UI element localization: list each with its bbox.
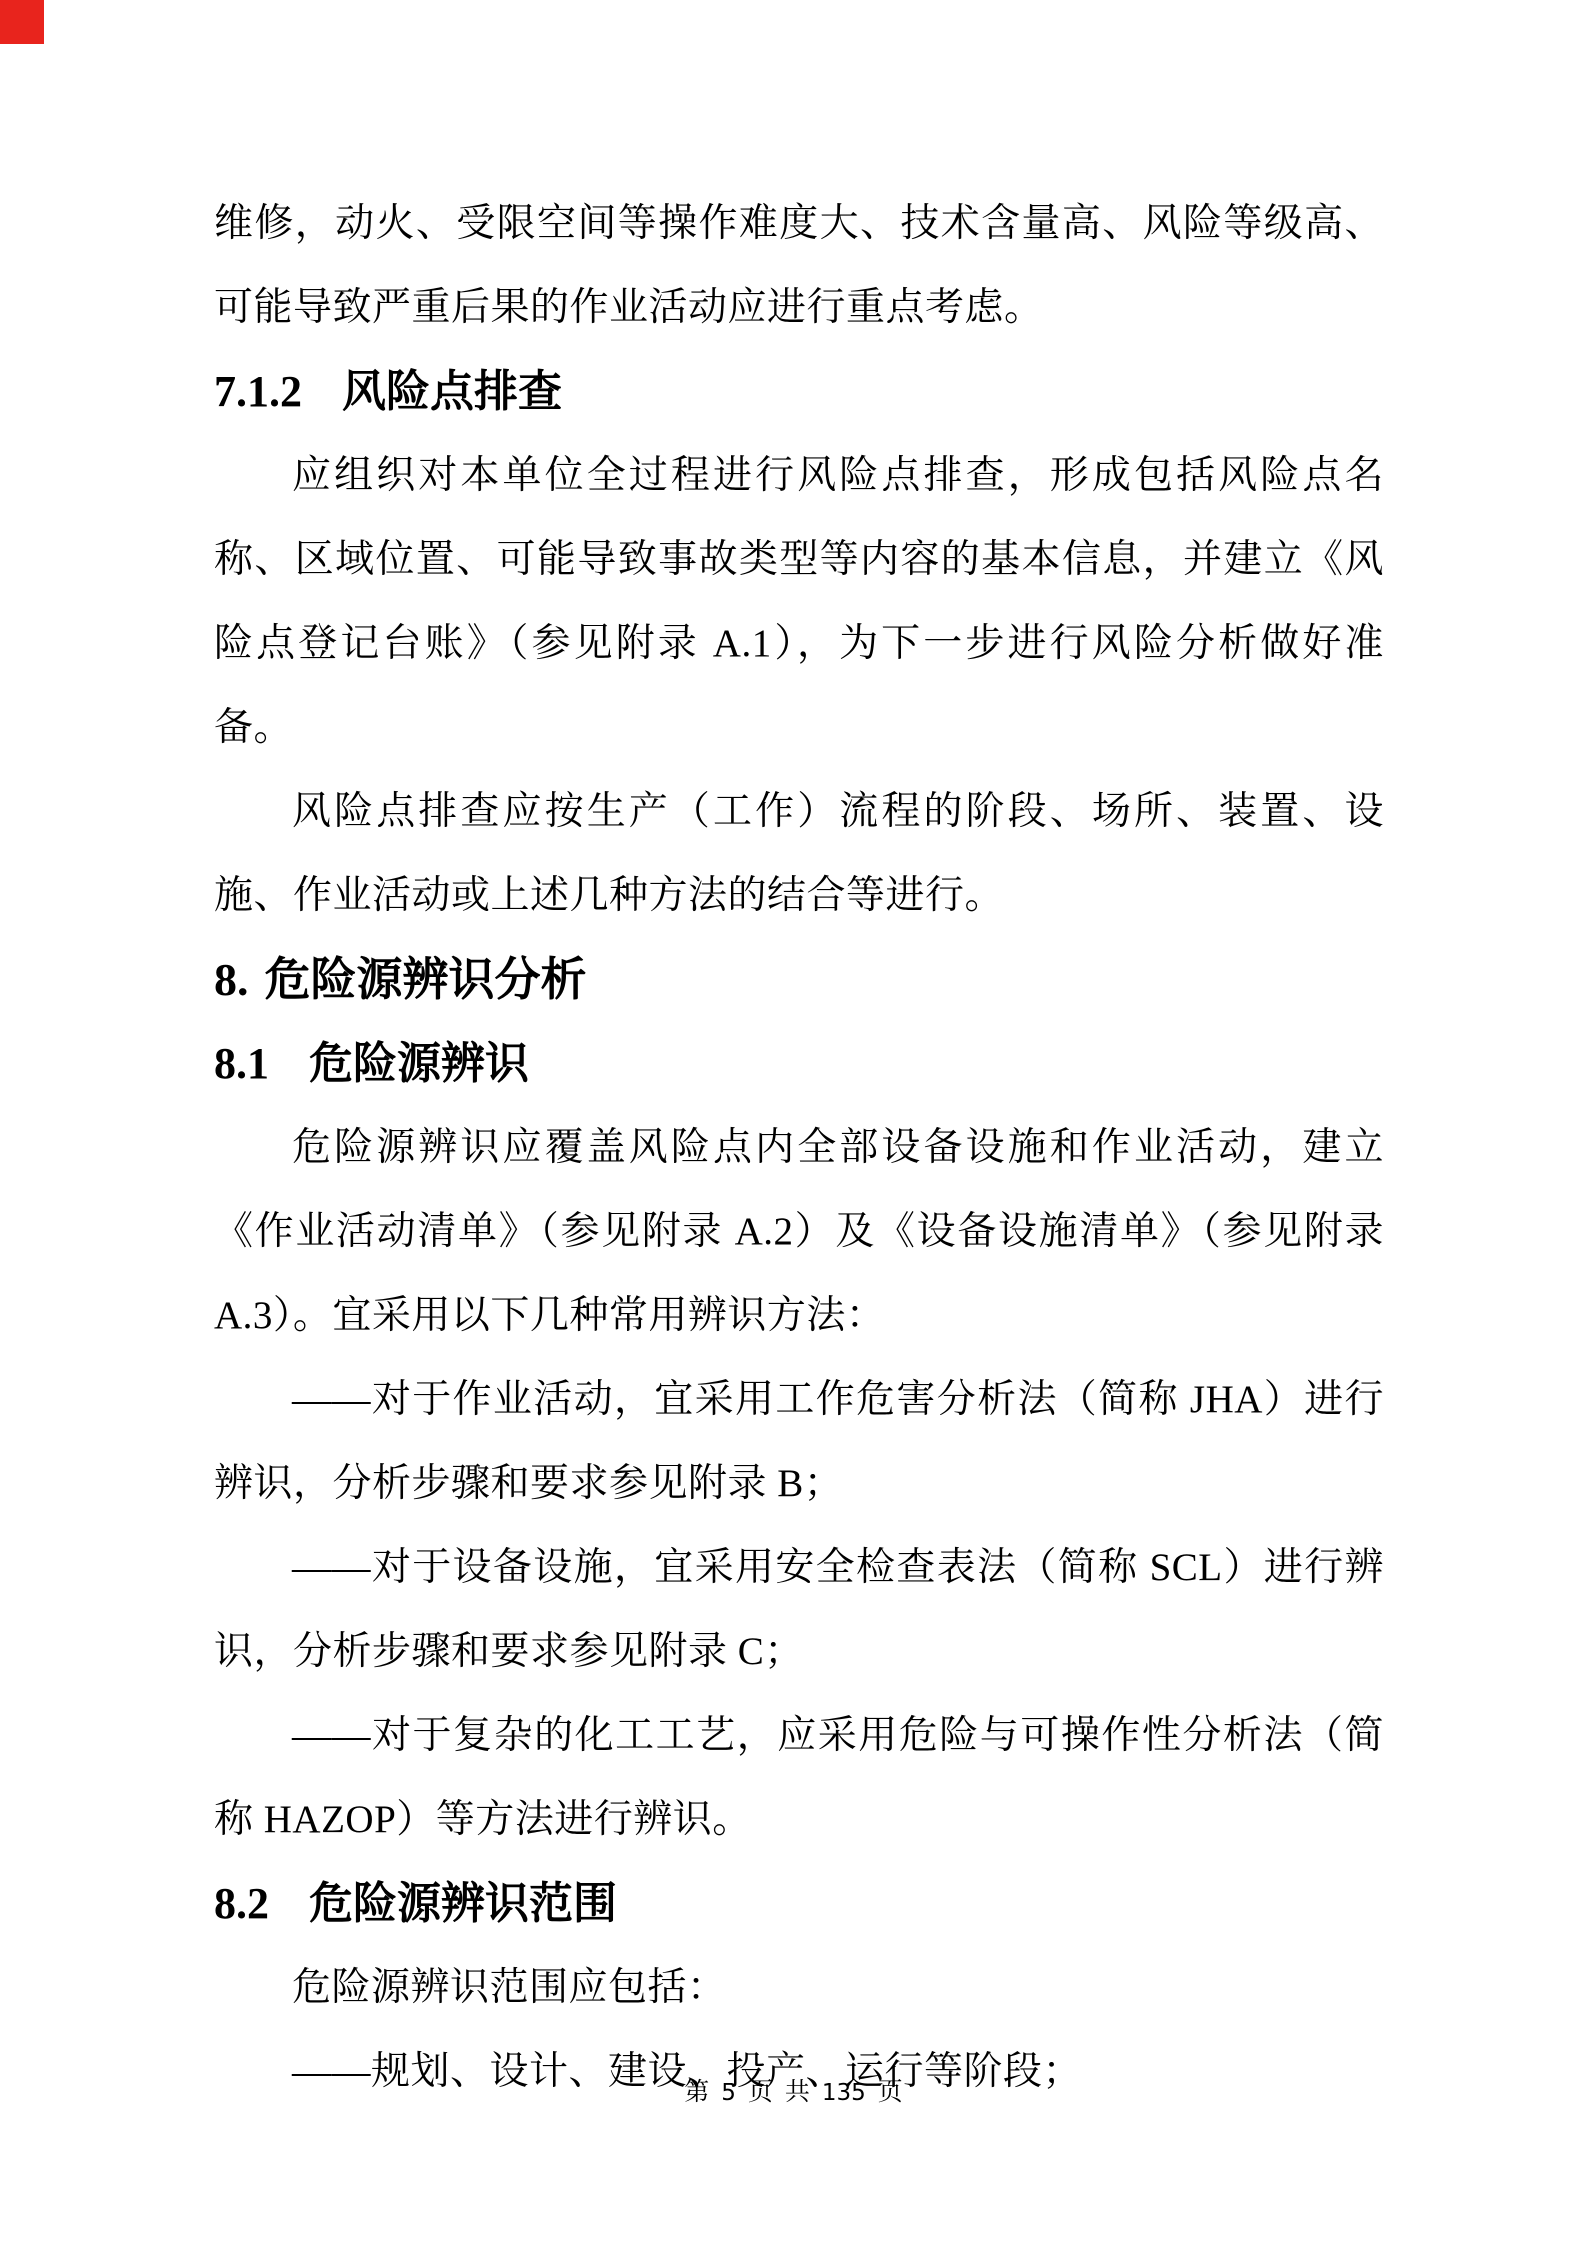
footer-label-prefix: 第 bbox=[684, 2079, 709, 2106]
section-heading-8-1: 8.1危险源辨识 bbox=[214, 1022, 1384, 1106]
heading-title: 危险源辨识范围 bbox=[309, 1879, 617, 1928]
section-heading-7-1-2: 7.1.2风险点排查 bbox=[214, 350, 1384, 434]
paragraph-hazard-identification: 危险源辨识应覆盖风险点内全部设备设施和作业活动，建立《作业活动清单》（参见附录 … bbox=[214, 1106, 1384, 1358]
footer-label-middle2: 共 bbox=[785, 2079, 810, 2106]
document-content: 维修，动火、受限空间等操作难度大、技术含量高、风险等级高、可能导致严重后果的作业… bbox=[214, 182, 1384, 2114]
heading-title: 危险源辨识分析 bbox=[265, 954, 587, 1005]
paragraph-survey-method: 风险点排查应按生产（工作）流程的阶段、场所、装置、设施、作业活动或上述几种方法的… bbox=[214, 770, 1384, 938]
red-corner-marker bbox=[0, 0, 44, 44]
paragraph-scope-intro: 危险源辨识范围应包括： bbox=[214, 1946, 1384, 2030]
document-page: 维修，动火、受限空间等操作难度大、技术含量高、风险等级高、可能导致严重后果的作业… bbox=[0, 0, 1587, 2245]
footer-total-pages: 135 bbox=[822, 2080, 866, 2106]
heading-number: 8. bbox=[214, 954, 249, 1005]
footer-page-number: 5 bbox=[721, 2080, 736, 2106]
paragraph-carryover: 维修，动火、受限空间等操作难度大、技术含量高、风险等级高、可能导致严重后果的作业… bbox=[214, 182, 1384, 350]
section-heading-8: 8.危险源辨识分析 bbox=[214, 938, 1384, 1022]
paragraph-hazop-method: ——对于复杂的化工工艺，应采用危险与可操作性分析法（简称 HAZOP）等方法进行… bbox=[214, 1694, 1384, 1862]
heading-number: 8.1 bbox=[214, 1039, 269, 1088]
heading-number: 7.1.2 bbox=[214, 367, 302, 416]
paragraph-jha-method: ——对于作业活动，宜采用工作危害分析法（简称 JHA）进行辨识，分析步骤和要求参… bbox=[214, 1358, 1384, 1526]
paragraph-risk-point-survey: 应组织对本单位全过程进行风险点排查，形成包括风险点名称、区域位置、可能导致事故类… bbox=[214, 434, 1384, 770]
heading-title: 风险点排查 bbox=[342, 367, 562, 416]
heading-number: 8.2 bbox=[214, 1879, 269, 1928]
page-footer: 第5页共135页 bbox=[0, 2076, 1587, 2110]
paragraph-scl-method: ——对于设备设施，宜采用安全检查表法（简称 SCL）进行辨识，分析步骤和要求参见… bbox=[214, 1526, 1384, 1694]
heading-title: 危险源辨识 bbox=[309, 1039, 529, 1088]
section-heading-8-2: 8.2危险源辨识范围 bbox=[214, 1862, 1384, 1946]
footer-label-suffix: 页 bbox=[878, 2079, 903, 2106]
footer-label-middle1: 页 bbox=[748, 2079, 773, 2106]
